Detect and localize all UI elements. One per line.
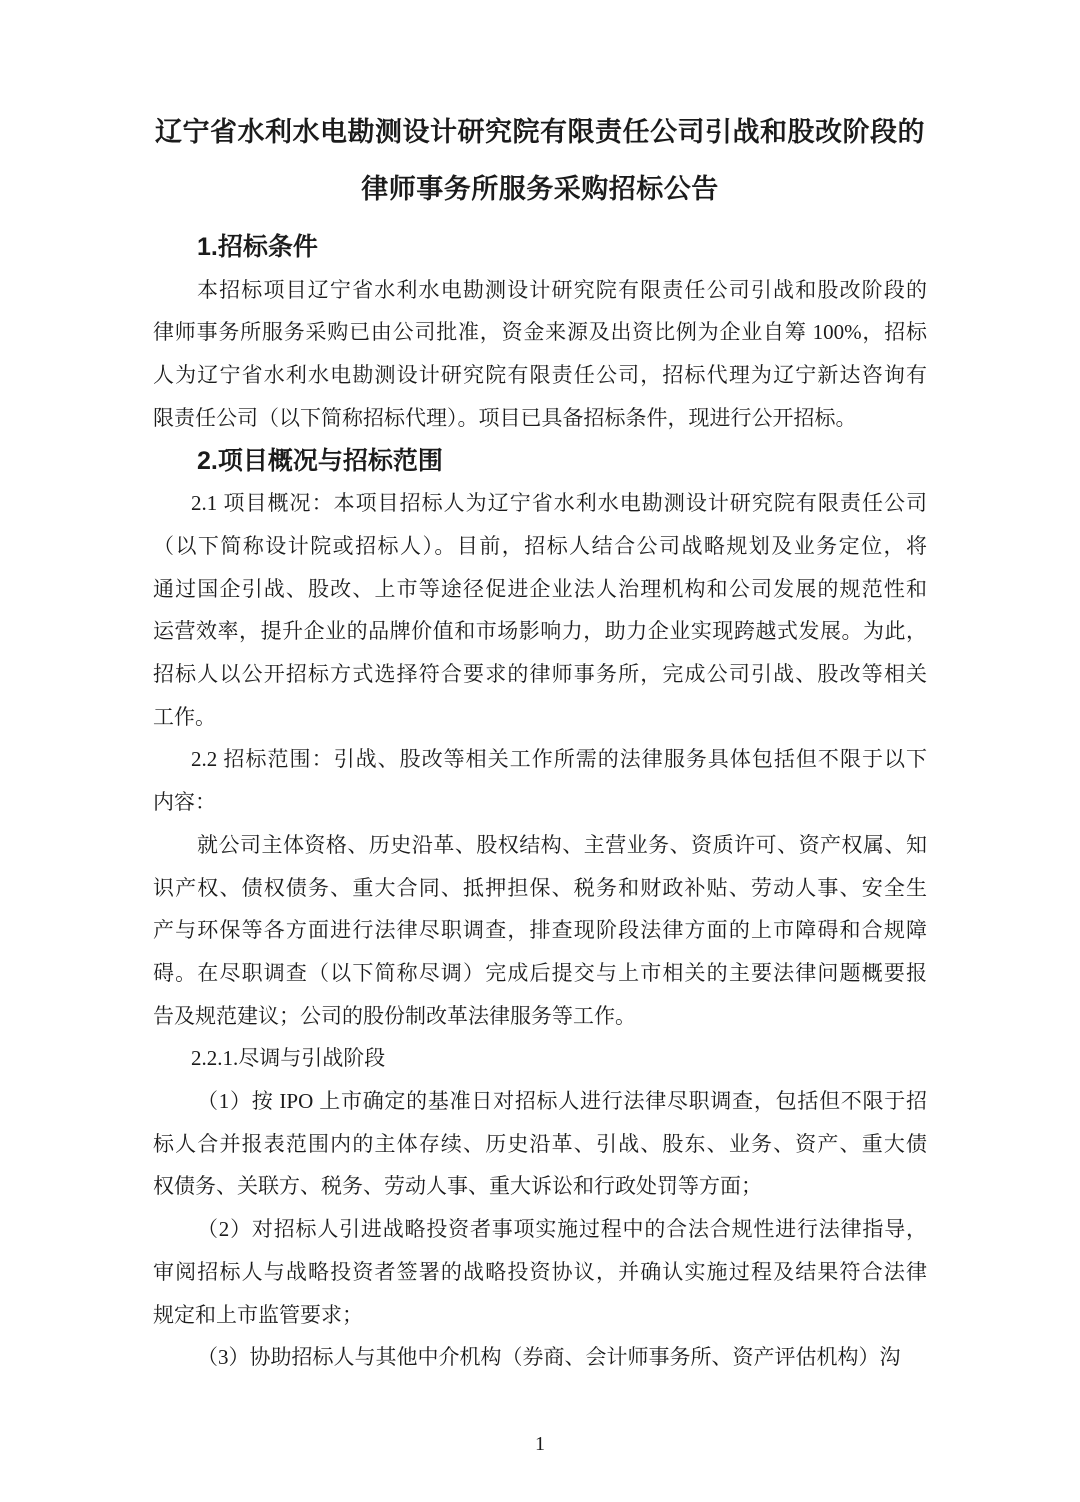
document-title-line: 律师事务所服务采购招标公告 — [153, 161, 927, 218]
sub-heading: 2.2.1.尽调与引战阶段 — [153, 1037, 927, 1080]
paragraph: （1）按 IPO 上市确定的基准日对招标人进行法律尽职调查，包括但不限于招标人合… — [153, 1080, 927, 1208]
paragraph-line: 招标人以公开招标方式选择符合要求的律师事务所，完成公司引战、股改等相关 — [153, 653, 927, 696]
paragraph: 2.2 招标范围：引战、股改等相关工作所需的法律服务具体包括但不限于以下内容： — [153, 738, 927, 823]
paragraph-line: 权债务、关联方、税务、劳动人事、重大诉讼和行政处罚等方面； — [153, 1165, 927, 1208]
paragraph-line: （3）协助招标人与其他中介机构（券商、会计师事务所、资产评估机构）沟 — [153, 1336, 927, 1379]
paragraph-line: （1）按 IPO 上市确定的基准日对招标人进行法律尽职调查，包括但不限于招 — [153, 1080, 927, 1123]
paragraph-line: 审阅招标人与战略投资者签署的战略投资协议，并确认实施过程及结果符合法律 — [153, 1251, 927, 1294]
paragraph: （2）对招标人引进战略投资者事项实施过程中的合法合规性进行法律指导，审阅招标人与… — [153, 1208, 927, 1336]
paragraph-line: （2）对招标人引进战略投资者事项实施过程中的合法合规性进行法律指导， — [153, 1208, 927, 1251]
paragraph-line: 规定和上市监管要求； — [153, 1294, 927, 1337]
paragraph-line: 限责任公司（以下简称招标代理）。项目已具备招标条件，现进行公开招标。 — [153, 397, 927, 440]
paragraph-line: 识产权、债权债务、重大合同、抵押担保、税务和财政补贴、劳动人事、安全生 — [153, 867, 927, 910]
paragraph: 2.1 项目概况：本项目招标人为辽宁省水利水电勘测设计研究院有限责任公司（以下简… — [153, 482, 927, 738]
paragraph-line: 2.1 项目概况：本项目招标人为辽宁省水利水电勘测设计研究院有限责任公司 — [153, 482, 927, 525]
paragraph-line: 标人合并报表范围内的主体存续、历史沿革、引战、股东、业务、资产、重大债 — [153, 1123, 927, 1166]
paragraph-line: 告及规范建议；公司的股份制改革法律服务等工作。 — [153, 995, 927, 1038]
page-number: 1 — [0, 1432, 1080, 1456]
paragraph: 本招标项目辽宁省水利水电勘测设计研究院有限责任公司引战和股改阶段的律师事务所服务… — [153, 269, 927, 440]
paragraph-line: 运营效率，提升企业的品牌价值和市场影响力，助力企业实现跨越式发展。为此， — [153, 610, 927, 653]
paragraph-line: 人为辽宁省水利水电勘测设计研究院有限责任公司，招标代理为辽宁新达咨询有 — [153, 354, 927, 397]
paragraph: 就公司主体资格、历史沿革、股权结构、主营业务、资质许可、资产权属、知识产权、债权… — [153, 824, 927, 1038]
paragraph-line: 律师事务所服务采购已由公司批准，资金来源及出资比例为企业自筹 100%，招标 — [153, 311, 927, 354]
paragraph-line: 2.2 招标范围：引战、股改等相关工作所需的法律服务具体包括但不限于以下 — [153, 738, 927, 781]
document-title-line: 辽宁省水利水电勘测设计研究院有限责任公司引战和股改阶段的 — [153, 104, 927, 161]
paragraph-line: （以下简称设计院或招标人）。目前，招标人结合公司战略规划及业务定位，将 — [153, 525, 927, 568]
paragraph-line: 工作。 — [153, 696, 927, 739]
document-title: 辽宁省水利水电勘测设计研究院有限责任公司引战和股改阶段的 律师事务所服务采购招标… — [153, 104, 927, 218]
paragraph-line: 就公司主体资格、历史沿革、股权结构、主营业务、资质许可、资产权属、知 — [153, 824, 927, 867]
paragraph-line: 产与环保等各方面进行法律尽职调查，排查现阶段法律方面的上市障碍和合规障 — [153, 909, 927, 952]
paragraph: （3）协助招标人与其他中介机构（券商、会计师事务所、资产评估机构）沟 — [153, 1336, 927, 1379]
paragraph-line: 碍。在尽职调查（以下简称尽调）完成后提交与上市相关的主要法律问题概要报 — [153, 952, 927, 995]
paragraph-line: 通过国企引战、股改、上市等途径促进企业法人治理机构和公司发展的规范性和 — [153, 568, 927, 611]
document-page: 辽宁省水利水电勘测设计研究院有限责任公司引战和股改阶段的 律师事务所服务采购招标… — [0, 0, 1080, 1502]
document-content: 辽宁省水利水电勘测设计研究院有限责任公司引战和股改阶段的 律师事务所服务采购招标… — [153, 104, 927, 1379]
section-heading: 1.招标条件 — [153, 226, 927, 269]
paragraph-line: 内容： — [153, 781, 927, 824]
section-heading: 2.项目概况与招标范围 — [153, 440, 927, 483]
document-body: 1.招标条件本招标项目辽宁省水利水电勘测设计研究院有限责任公司引战和股改阶段的律… — [153, 226, 927, 1379]
paragraph-line: 本招标项目辽宁省水利水电勘测设计研究院有限责任公司引战和股改阶段的 — [153, 269, 927, 312]
